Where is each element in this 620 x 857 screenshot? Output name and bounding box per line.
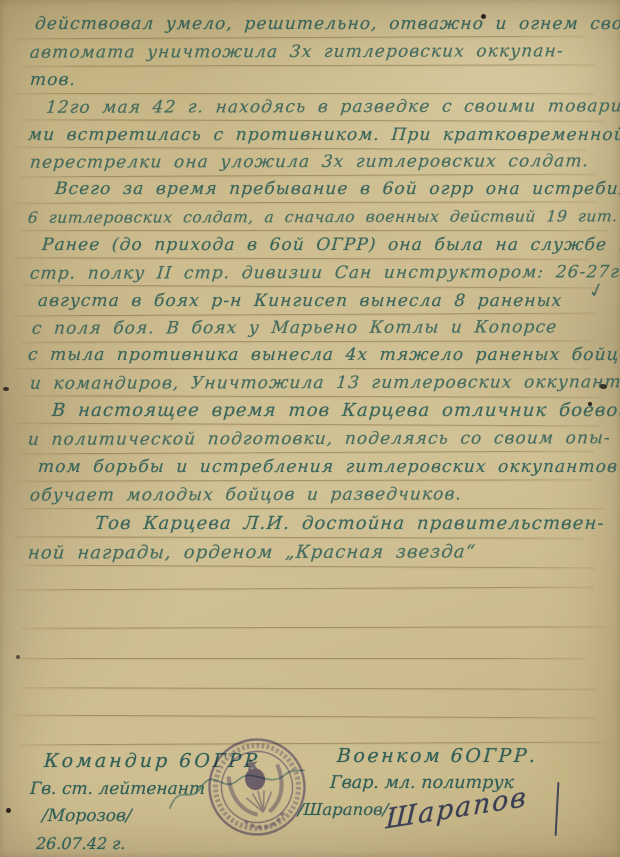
handwritten-line: с поля боя. В боях у Марьено Котлы и Коп… bbox=[31, 315, 558, 340]
handwritten-line: Ранее (до прихода в 6ой ОГРР) она была н… bbox=[41, 233, 620, 257]
handwritten-line: августа в боях р-н Кингисеп вынесла 8 ра… bbox=[37, 289, 563, 313]
ruled-line bbox=[21, 626, 606, 628]
handwritten-line: автомата уничтожила 3х гитлеровских окку… bbox=[29, 39, 565, 64]
handwritten-line: ной награды, орденом „Красная звезда“ bbox=[27, 540, 477, 565]
handwritten-line: 12го мая 42 г. находясь в разведке с сво… bbox=[45, 94, 620, 120]
ruled-line bbox=[21, 230, 608, 231]
ruled-line bbox=[14, 536, 584, 538]
ink-speck bbox=[588, 402, 592, 406]
ink-speck bbox=[16, 655, 20, 659]
handwritten-line: 6 гитлеровских солдат, а сначало военных… bbox=[27, 204, 620, 230]
ussr-emblem-icon bbox=[225, 752, 289, 820]
document-page: действовал умело, решительно, отважно и … bbox=[0, 0, 620, 857]
commissar-role-line: Военком 6ОГРР. bbox=[336, 745, 538, 767]
handwritten-line: действовал умело, решительно, отважно и … bbox=[34, 12, 620, 36]
document-date: 26.07.42 г. bbox=[36, 834, 127, 853]
handwritten-line: В настоящее время тов Карцева отличник б… bbox=[51, 399, 620, 423]
handwritten-line: ми встретилась с противником. При кратко… bbox=[27, 123, 620, 147]
handwritten-line: с тыла противника вынесла 4х тяжело ране… bbox=[27, 343, 620, 367]
handwritten-line: Тов Карцева Л.И. достойна правительствен… bbox=[94, 512, 605, 536]
commander-name-line: /Морозов/ bbox=[41, 806, 132, 826]
ruled-line bbox=[14, 587, 594, 591]
ruled-line bbox=[21, 687, 598, 689]
handwritten-line: том борьбы и истребления гитлеровских ок… bbox=[37, 455, 619, 479]
ink-speck bbox=[3, 387, 9, 391]
handwritten-line: перестрелки она уложила 3х гитлеровских … bbox=[29, 149, 590, 174]
handwritten-line: обучает молодых бойцов и разведчиков. bbox=[29, 482, 463, 507]
ink-speck bbox=[481, 14, 486, 19]
handwritten-line: Всего за время пребывание в 6ой огрр она… bbox=[54, 177, 620, 201]
handwritten-line: и политической подготовки, поделяясь со … bbox=[27, 426, 612, 452]
ruled-line bbox=[14, 479, 592, 481]
ink-speck bbox=[6, 808, 11, 813]
ruled-line bbox=[14, 658, 586, 659]
ruled-line bbox=[21, 119, 606, 121]
round-stamp bbox=[184, 714, 329, 857]
handwritten-line: тов. bbox=[29, 68, 77, 92]
ink-speck bbox=[600, 384, 607, 389]
ruled-line bbox=[14, 257, 588, 259]
ruled-line bbox=[21, 395, 602, 397]
handwritten-line: и командиров, Уничтожила 13 гитлеровских… bbox=[29, 370, 620, 396]
ruled-line bbox=[14, 715, 596, 719]
ruled-line bbox=[14, 201, 596, 203]
ruled-line bbox=[21, 64, 596, 66]
ruled-line bbox=[14, 368, 590, 369]
handwritten-line: стр. полку II стр. дивизии Сан инструкто… bbox=[29, 260, 620, 286]
ruled-line bbox=[21, 508, 604, 509]
autograph-stroke bbox=[555, 782, 560, 836]
